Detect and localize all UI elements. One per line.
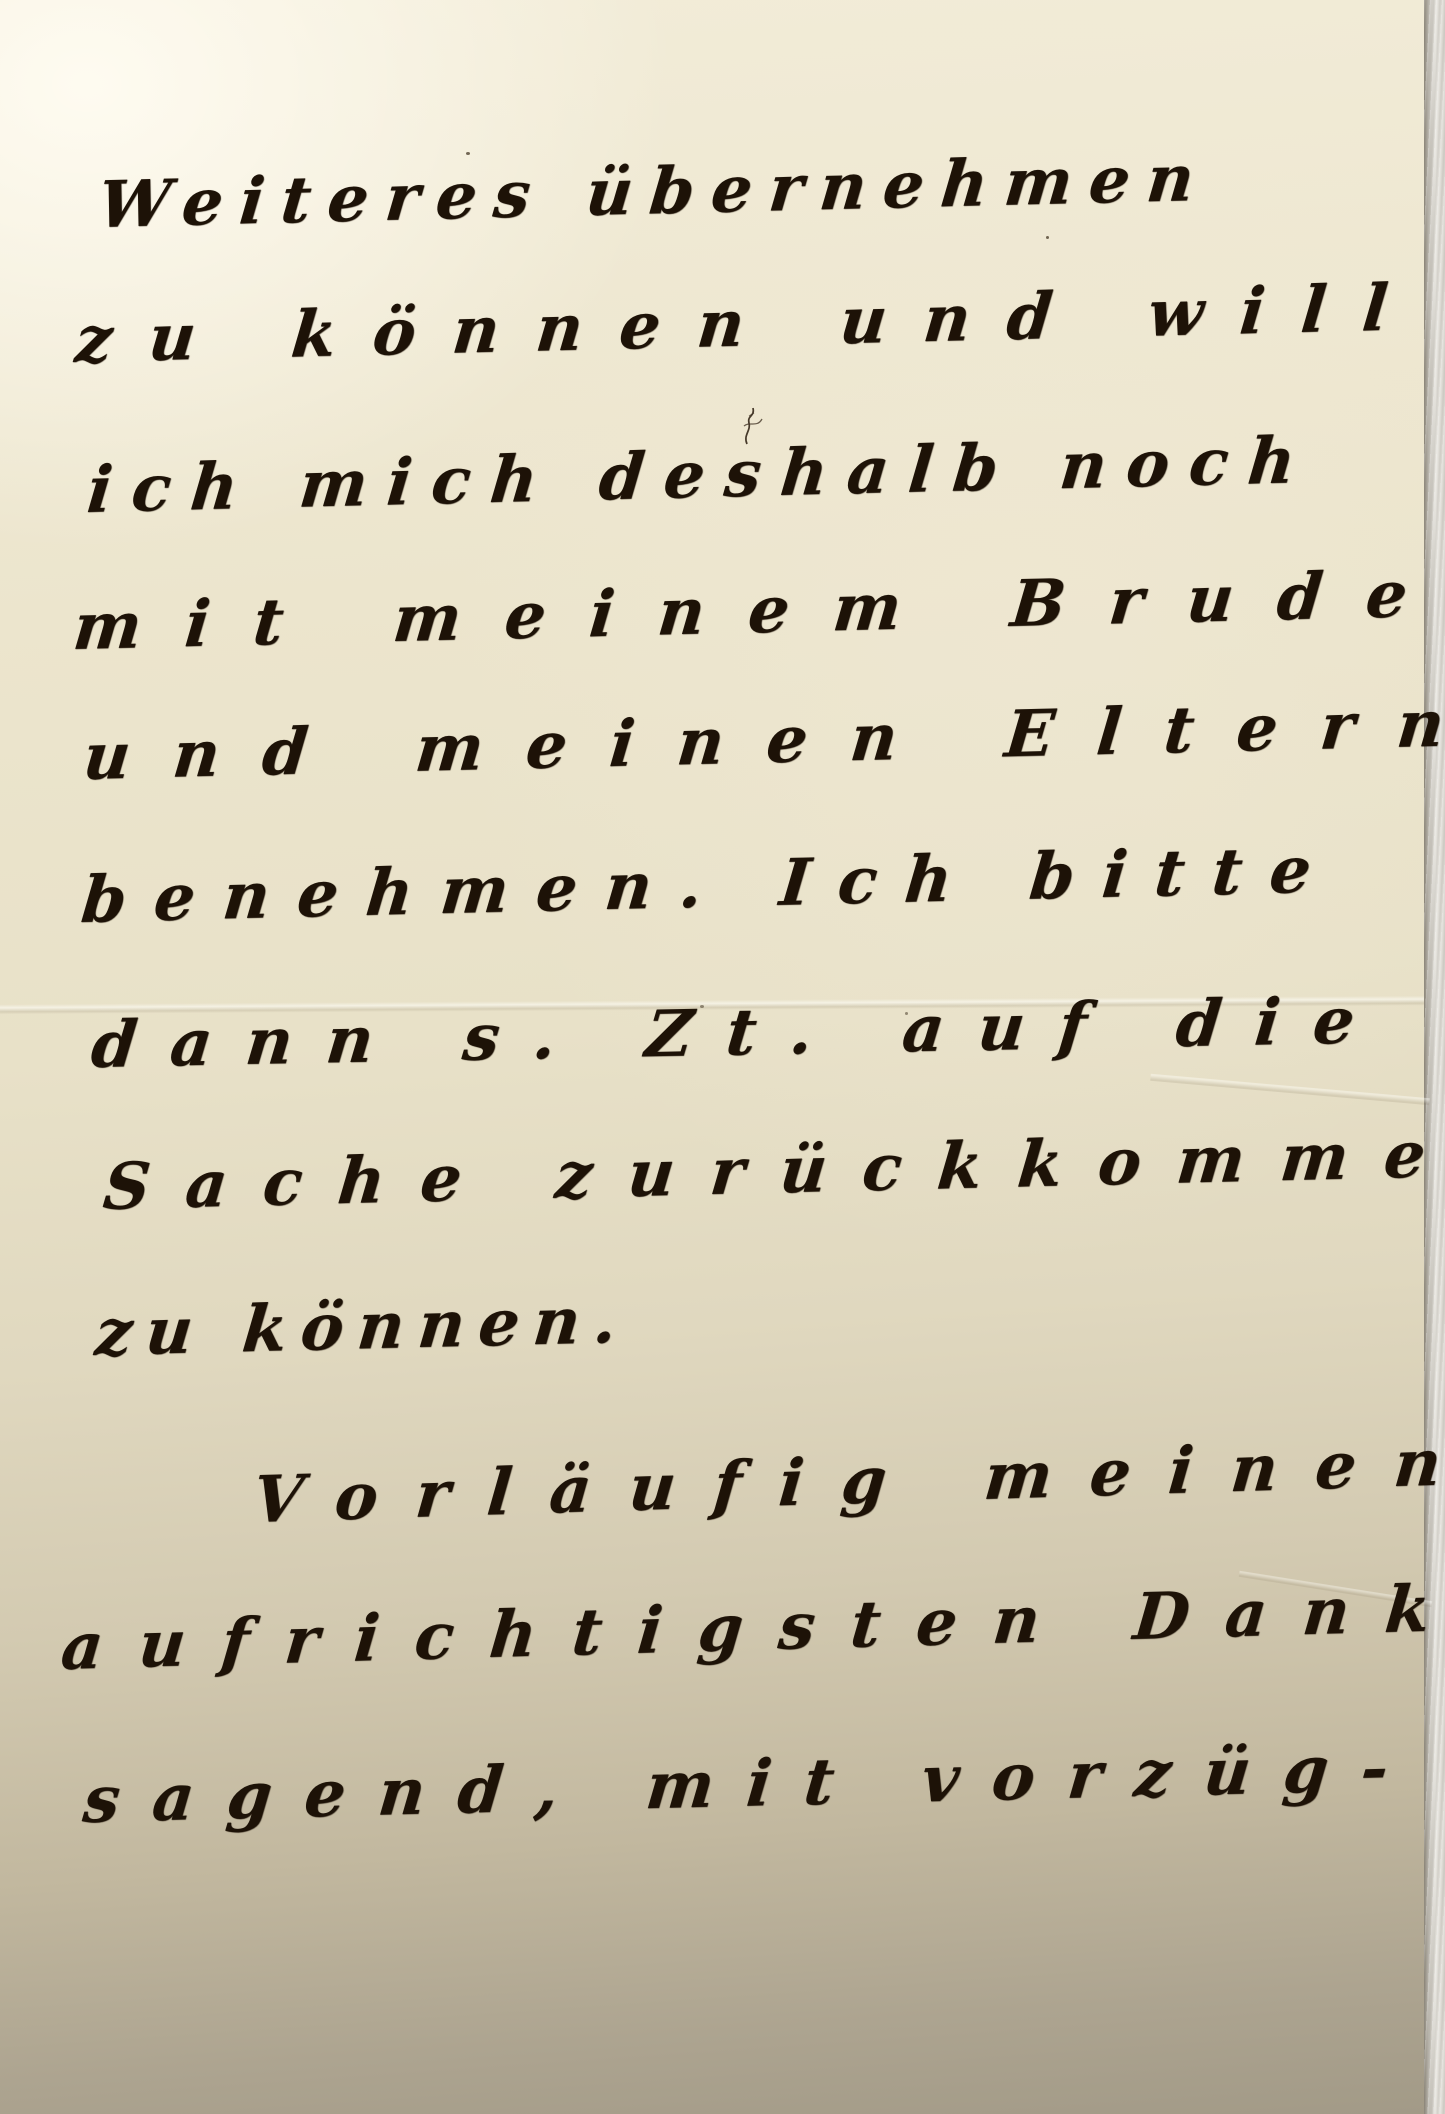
fold-crease-right bbox=[1150, 1074, 1430, 1105]
handwriting-line: Sache zurückkommen bbox=[100, 1115, 1445, 1225]
handwriting-line: zu können. bbox=[92, 1283, 634, 1371]
handwriting-line: sagend, mit vorzüg- bbox=[80, 1730, 1424, 1838]
handwriting-line: mit meinem Bruder bbox=[70, 554, 1445, 665]
letter-photo: Weiteres übernehmen zu können und will i… bbox=[0, 0, 1445, 2114]
handwriting-line: dann s. Zt. auf die bbox=[88, 983, 1392, 1083]
handwriting-line: benehmen. Ich bitte bbox=[78, 832, 1342, 938]
handwriting-line: ich mich deshalb noch bbox=[84, 423, 1318, 528]
handwriting-line: und meinen Eltern bbox=[80, 686, 1445, 795]
handwriting-line: Vorläufig meinen bbox=[250, 1424, 1445, 1538]
backdrop-fabric-strip bbox=[1424, 0, 1445, 2114]
handwriting-line: aufrichtigsten Dank bbox=[58, 1571, 1445, 1685]
ink-speck bbox=[466, 152, 470, 155]
handwriting-line: zu können und will bbox=[72, 270, 1428, 378]
ink-speck bbox=[905, 1012, 908, 1015]
ink-speck bbox=[1046, 236, 1049, 239]
handwriting-line: Weiteres übernehmen bbox=[95, 141, 1214, 243]
ink-speck bbox=[700, 1005, 704, 1008]
ink-smudge bbox=[740, 404, 768, 448]
